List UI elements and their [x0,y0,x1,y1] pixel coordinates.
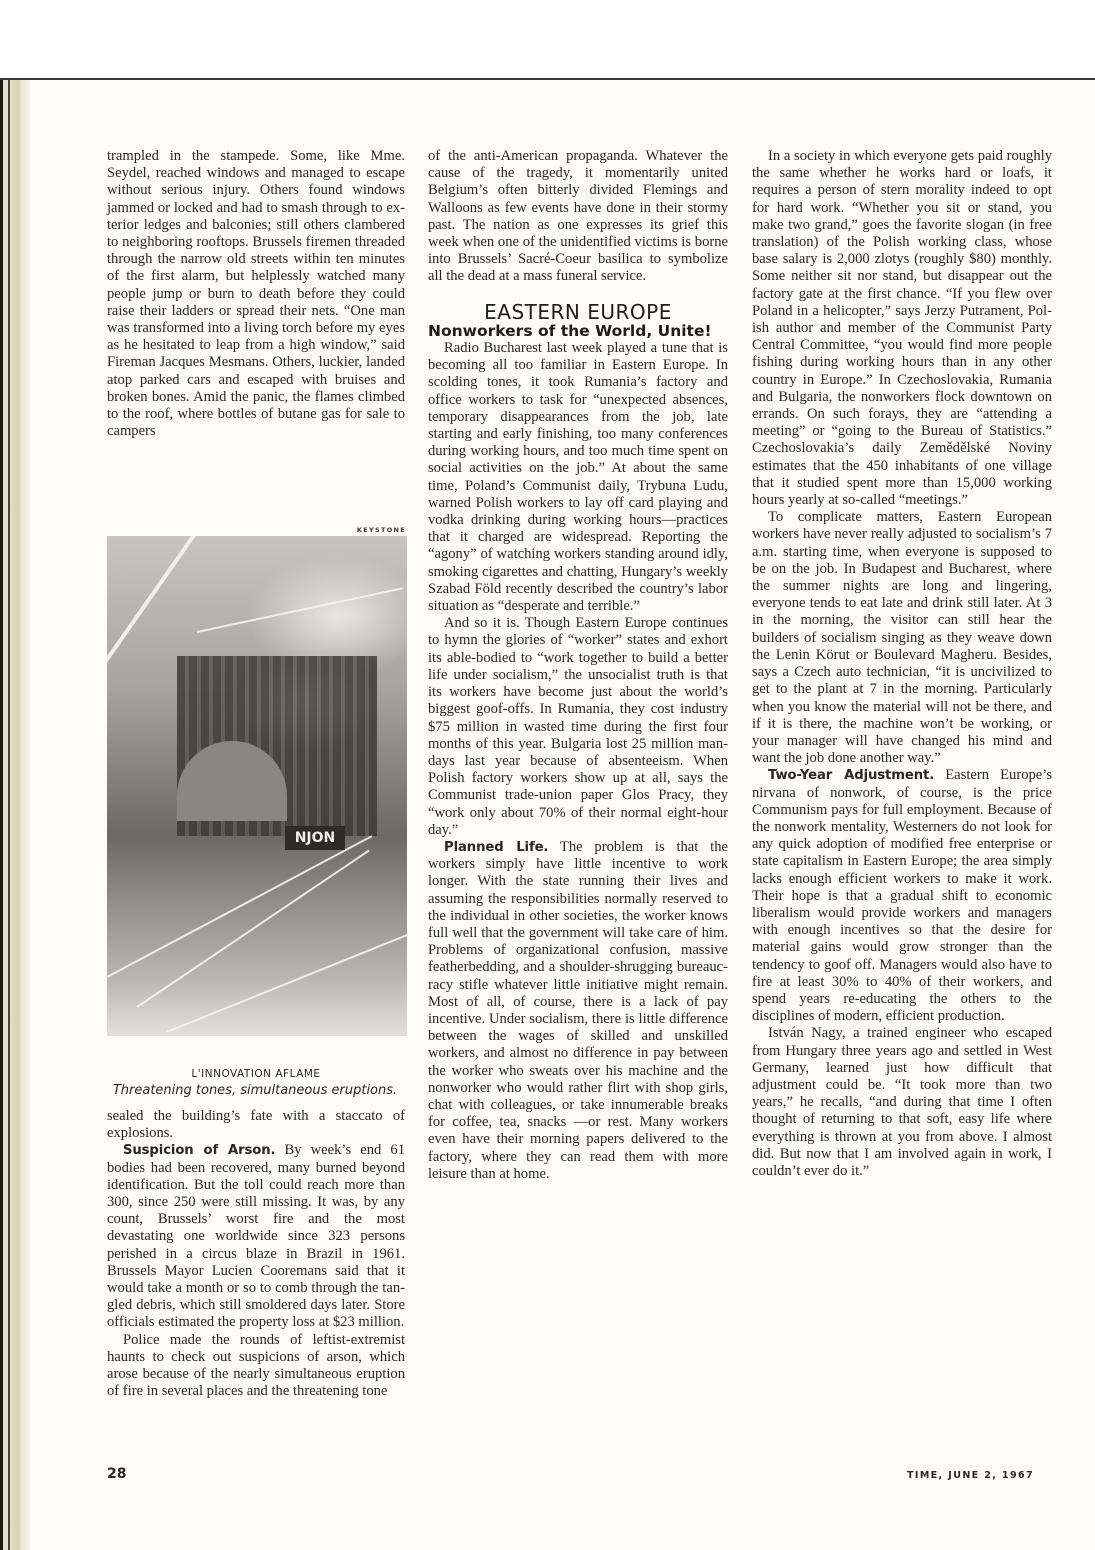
body-paragraph: István Nagy, a trained engineer who esca… [752,1025,1052,1180]
subhead: Two-Year Adjustment. [768,768,934,783]
subhead: Planned Life. [444,840,548,855]
issue-footer: TIME, JUNE 2, 1967 [907,1470,1034,1481]
body-paragraph: of the anti-American propaganda. What­ev… [428,148,728,286]
body-paragraph: Planned Life. The problem is that the wo… [428,839,728,1183]
fire-photo: NJON [107,536,407,1036]
body-paragraph: Radio Bucharest last week played a tune … [428,340,728,615]
photo-caption-subtitle: Threatening tones, simultaneous eruption… [100,1083,410,1098]
article-headline: Nonworkers of the World, Unite! [428,323,728,340]
subhead: Suspicion of Arson. [123,1143,275,1158]
body-paragraph: sealed the building’s fate with a stac­c… [107,1108,405,1142]
body-paragraph: In a society in which everyone gets paid… [752,148,1052,509]
binding-spine [0,80,30,1550]
photo-credit: KEYSTONE [340,526,406,534]
body-paragraph: And so it is. Though Eastern Europe cont… [428,615,728,839]
photo-caption-title: L'INNOVATION AFLAME [107,1068,405,1080]
article-column-2: of the anti-American propaganda. What­ev… [428,148,728,1183]
body-paragraph: Two-Year Adjustment. Eastern Eu­rope’s n… [752,767,1052,1025]
body-paragraph: Suspicion of Arson. By week’s end 61 bod… [107,1142,405,1331]
water-spray [197,587,403,633]
section-title: EASTERN EUROPE [428,304,728,321]
body-paragraph: trampled in the stampede. Some, like Mme… [107,148,405,440]
article-column-3: In a society in which everyone gets paid… [752,148,1052,1180]
page-number: 28 [107,1466,126,1482]
article-column-1: trampled in the stampede. Some, like Mme… [107,148,405,440]
street-foreground [107,836,407,1036]
body-paragraph: To complicate matters, Eastern Eu­ropean… [752,509,1052,767]
article-column-1-continued: sealed the building’s fate with a stac­c… [107,1108,405,1400]
store-sign: NJON [285,826,345,850]
body-paragraph: Police made the rounds of leftist-ex­tre… [107,1332,405,1401]
